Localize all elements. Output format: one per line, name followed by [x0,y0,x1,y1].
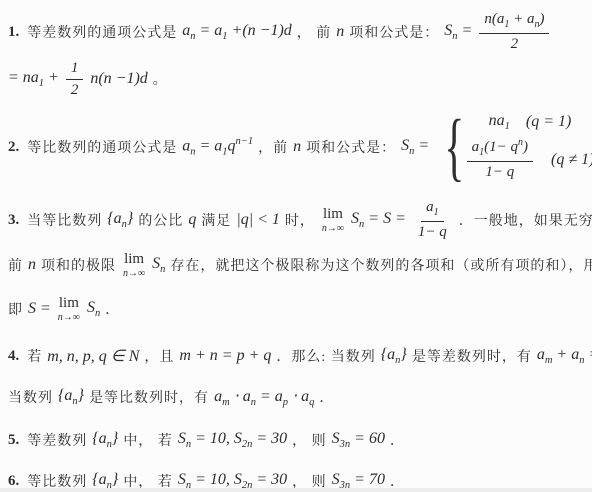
math-run: n [293,138,301,156]
text-run: 等差数列 [27,430,87,450]
math-run: {an} [381,346,407,366]
text-run: 满足 [201,210,231,230]
math-run: = na1 + [8,69,59,89]
math-run: m, n, p, q ∈ N [47,346,139,366]
text-run: 项和公式是： [306,137,396,157]
text-run: 即 [8,299,23,319]
math-run: am ⋅ an = ap ⋅ aq [214,386,314,408]
cases-expression: {na1(q = 1)a1(1− qn)1− q(q ≠ 1) [436,107,592,187]
fraction-numerator: 1 [66,59,84,80]
math-run: {an} [92,430,118,450]
math-run: S = [28,300,51,318]
text-run: ， 则 [292,430,327,450]
math-run: n(n −1)d [90,70,147,88]
text-run: ． [390,430,405,450]
math-run: {an} [58,387,84,407]
item-2-number: 2. [8,139,19,156]
text-run: 中， 若 [123,430,173,450]
text-run: ， 前 [297,22,332,42]
fraction: a1(1− qn)1− q [467,137,533,181]
item-5-line-1: 5. 等差数列{an}中， 若Sn = 10, S2n = 30， 则S3n =… [8,426,584,454]
left-brace-icon: { [444,107,464,187]
math-run: na1 [489,112,510,132]
fraction-numerator: a1 [421,198,444,222]
math-run: m + n = p + q [179,347,271,365]
text-run: 存在，就把这个极限称为这个数列的各项和（或所有项的和），用 [170,255,592,275]
fraction-denominator: 2 [66,80,84,100]
item-1-line-1: 1. 等差数列的通项公式是an = a1 +(n −1)d， 前n项和公式是：S… [8,8,584,56]
limit-notation: limn→∞ [322,207,344,234]
math-run: n [28,256,36,274]
limit-word: lim [59,296,79,311]
limit-subscript: n→∞ [322,224,344,234]
cases-row: na1(q = 1) [465,112,592,132]
item-1-number: 1. [8,24,19,41]
text-run: 是等差数列时，有 [412,346,532,366]
item-4-line-2: 当数列{an}是等比数列时，有am ⋅ an = ap ⋅ aq． [8,381,584,413]
fraction-numerator: n(a1 + an) [479,10,549,34]
item-2-line-1: 2. 等比数列的通项公式是an = a1qn−1，前n项和公式是：Sn ={na… [8,104,584,190]
item-3-line-1: 3. 当等比数列{an}的公比q满足|q| < 1时，limn→∞Sn = S … [8,197,584,243]
cases-rows: na1(q = 1)a1(1− qn)1− q(q ≠ 1) [465,112,592,181]
math-run: Sn = [444,22,472,42]
limit-subscript: n→∞ [123,269,145,279]
cases-row: a1(1− qn)1− q(q ≠ 1) [465,137,592,181]
item-4-number: 4. [8,348,19,365]
math-run: am + an = ap + aq [537,346,592,366]
fraction-numerator: a1(1− qn) [467,137,533,162]
text-run: 前 [8,255,23,275]
math-run: Sn [87,299,100,319]
item-3-number: 3. [8,212,19,229]
math-run: Sn = 10, S2n = 30 [178,430,287,450]
item-6-number: 6. [8,473,19,490]
text-run: ． [319,387,334,407]
text-run: ．那么: 当数列 [276,346,375,366]
math-notes-page: 1. 等差数列的通项公式是an = a1 +(n −1)d， 前n项和公式是：S… [0,0,592,492]
item-5-number: 5. [8,432,19,449]
fraction-denominator: 1− q [413,222,452,242]
math-run: q [188,211,196,229]
text-run: 时， [285,210,315,230]
math-run: an = a1qn−1 [182,136,253,158]
math-run: Sn [152,255,165,275]
limit-notation: limn→∞ [123,252,145,279]
math-run: n [336,23,344,41]
text-run: 当数列 [8,387,53,407]
text-run: 的公比 [138,210,183,230]
fraction-denominator: 1− q [480,162,519,182]
item-3-line-3: 即S =limn→∞Sn． [8,292,584,326]
fraction: n(a1 + an)2 [479,10,549,53]
text-run: 项和的极限 [41,255,116,275]
math-run: (q ≠ 1) [551,151,592,169]
math-run: Sn = [401,137,429,157]
text-run: ，前 [258,137,288,157]
item-1-line-2: = na1 +12n(n −1)d。 [8,58,584,100]
text-run: 。 [153,69,168,89]
fraction: 12 [66,59,84,100]
math-run: (q = 1) [526,113,571,131]
fraction-denominator: 2 [506,34,524,54]
limit-notation: limn→∞ [58,296,80,323]
scan-edge-artifact [0,488,592,492]
text-run: ． [105,299,120,319]
math-run: Sn = S = [351,210,406,230]
item-3-line-2: 前n项和的极限limn→∞Sn存在，就把这个极限称为这个数列的各项和（或所有项的… [8,247,584,283]
text-run: 等差数列的通项公式是 [27,22,177,42]
text-run: 是等比数列时，有 [89,387,209,407]
math-run: {an} [107,210,133,230]
item-4-line-1: 4. 若m, n, p, q ∈ N，且m + n = p + q．那么: 当数… [8,341,584,371]
math-run: an = a1 +(n −1)d [182,22,292,42]
math-run: |q| < 1 [236,211,280,229]
text-run: 项和公式是： [349,22,439,42]
text-run: 当等比数列 [27,210,102,230]
limit-subscript: n→∞ [58,313,80,323]
text-run: ．一般地，如果无穷数列 [459,210,592,230]
math-run: S3n = 60 [332,430,385,450]
text-run: 若 [27,346,42,366]
text-run: 等比数列的通项公式是 [27,137,177,157]
limit-word: lim [124,252,144,267]
fraction: a11− q [413,198,452,241]
text-run: ，且 [144,346,174,366]
limit-word: lim [323,207,343,222]
